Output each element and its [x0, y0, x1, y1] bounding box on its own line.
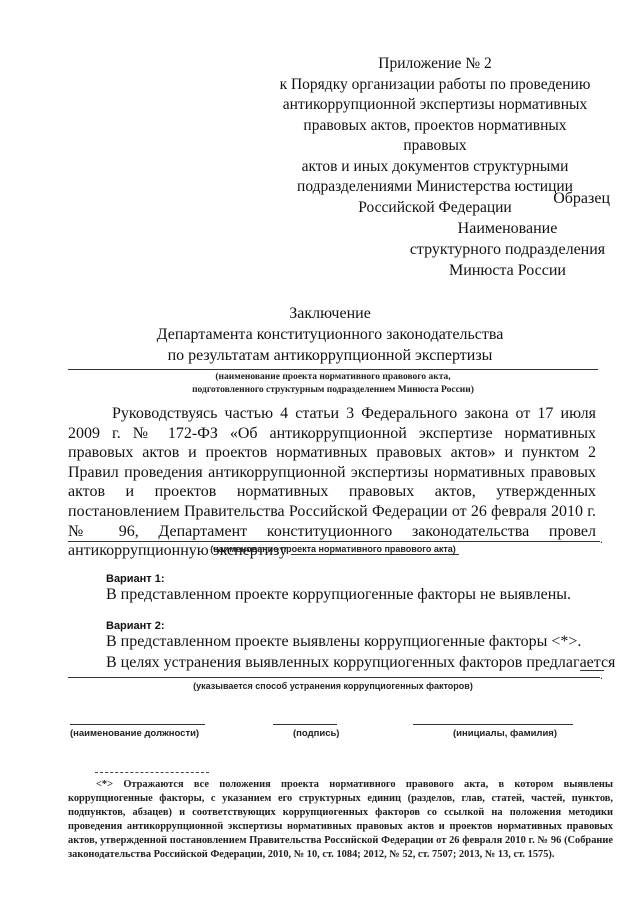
document-title: Заключение Департамента конституционного… [60, 303, 600, 366]
signature-caption: (подпись) [293, 728, 339, 739]
act-caption-line: (наименование проекта нормативного право… [68, 371, 598, 384]
unit-name-block: Наименование структурного подразделения … [395, 218, 620, 281]
variant-2-text: В представленном проекте выявлены корруп… [106, 633, 581, 651]
body-text: Руководствуясь частью 4 статьи 3 Федерал… [68, 405, 596, 559]
sample-label: Образец [553, 190, 610, 208]
variant-1-label: Вариант 1: [106, 573, 165, 585]
variant-2-proposal: В целях устранения выявленных коррупциог… [106, 654, 615, 672]
unit-name-line: Минюста России [395, 260, 620, 281]
period-mark: . [600, 668, 603, 683]
proposal-continuation-line[interactable] [68, 677, 600, 678]
signature-line[interactable] [273, 724, 337, 725]
variant-2-caption: (указывается способ устранения коррупцио… [68, 680, 598, 693]
position-signature-line[interactable] [70, 724, 205, 725]
appendix-line: антикоррупционной экспертизы нормативных [270, 95, 600, 116]
appendix-line: подразделениями Министерства юстиции [270, 177, 600, 198]
variant-2-label: Вариант 2: [106, 620, 165, 632]
body-paragraph: Руководствуясь частью 4 статьи 3 Федерал… [68, 404, 596, 561]
appendix-line: Российской Федерации [270, 198, 600, 219]
act-caption-line: подготовленного структурным подразделени… [68, 384, 598, 397]
period-mark: . [600, 532, 603, 547]
unit-name-line: Наименование [395, 218, 620, 239]
position-caption: (наименование должности) [70, 728, 199, 739]
act-name-field-line[interactable] [68, 369, 598, 370]
title-line: Департамента конституционного законодате… [60, 324, 600, 345]
appendix-header: Приложение № 2 к Порядку организации раб… [270, 54, 600, 218]
title-line: по результатам антикоррупционной эксперт… [60, 345, 600, 366]
name-caption: (инициалы, фамилия) [453, 728, 557, 739]
appendix-line: актов и иных документов структурными [270, 157, 600, 178]
appendix-line: к Порядку организации работы по проведен… [270, 75, 600, 96]
title-line: Заключение [60, 303, 600, 324]
name-signature-line[interactable] [413, 724, 573, 725]
act-caption: (наименование проекта нормативного право… [68, 371, 598, 397]
footnote-text: <*> Отражаются все положения проекта нор… [68, 779, 613, 860]
act-name-continuation-line[interactable] [68, 541, 600, 542]
appendix-line: правовых актов, проектов нормативных пра… [270, 116, 600, 157]
variant-1-text: В представленном проекте коррупциогенные… [106, 586, 571, 604]
body-caption: (наименование проекта нормативного право… [68, 543, 598, 556]
appendix-line: Приложение № 2 [270, 54, 600, 75]
footnote-separator [95, 772, 209, 773]
unit-name-line: структурного подразделения [395, 239, 620, 260]
footnote: <*> Отражаются все положения проекта нор… [68, 778, 613, 862]
